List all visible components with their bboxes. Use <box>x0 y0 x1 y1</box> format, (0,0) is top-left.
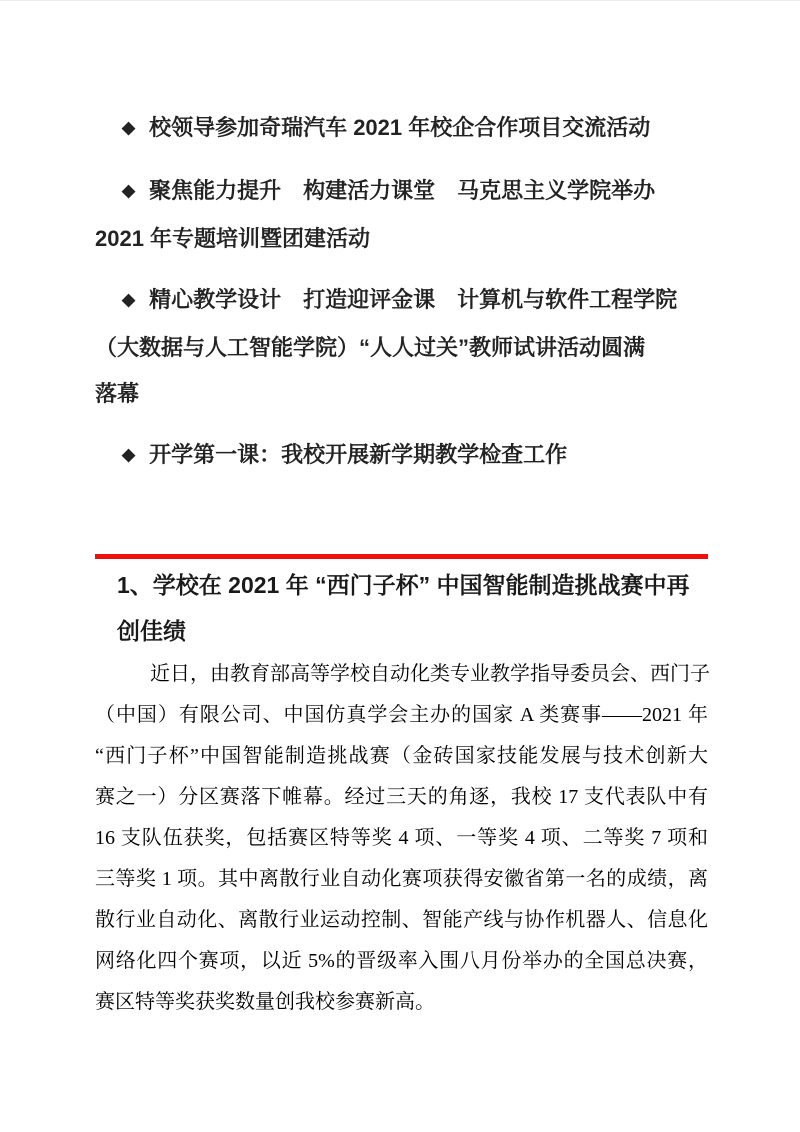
bullet-line: ◆开学第一课：我校开展新学期教学检查工作 <box>95 432 708 480</box>
document-page: ◆校领导参加奇瑞汽车 2021 年校企合作项目交流活动 ◆聚焦能力提升 构建活力… <box>0 1 800 1132</box>
bullet-text: 开学第一课：我校开展新学期教学检查工作 <box>149 442 567 467</box>
heading-line: 1、学校在 2021 年 “西门子杯” 中国智能制造挑战赛中再 <box>117 562 708 608</box>
bullet-line: ◆校领导参加奇瑞汽车 2021 年校企合作项目交流活动 <box>95 105 708 153</box>
paragraph-line: 散行业自动化、离散行业运动控制、智能产线与协作机器人、信息化 <box>95 900 708 941</box>
diamond-bullet-icon: ◆ <box>122 432 135 478</box>
diamond-bullet-icon: ◆ <box>122 105 135 151</box>
paragraph-line: 16 支队伍获奖，包括赛区特等奖 4 项、一等奖 4 项、二等奖 7 项和 <box>95 818 708 859</box>
paragraph-line: 近日，由教育部高等学校自动化类专业教学指导委员会、西门子 <box>95 654 708 695</box>
section-divider-line <box>95 554 708 559</box>
bullet-line: 2021 年专题培训暨团建活动 <box>95 216 708 262</box>
heading-line: 创佳绩 <box>117 608 708 654</box>
bullet-item: ◆校领导参加奇瑞汽车 2021 年校企合作项目交流活动 <box>95 105 708 153</box>
paragraph-line: 赛之一）分区赛落下帷幕。经过三天的角逐，我校 17 支代表队中有 <box>95 777 708 818</box>
body-paragraph: 近日，由教育部高等学校自动化类专业教学指导委员会、西门子 （中国）有限公司、中国… <box>95 654 708 1023</box>
bullet-text: 精心教学设计 打造迎评金课 计算机与软件工程学院 <box>149 287 677 312</box>
paragraph-line: 赛区特等奖获奖数量创我校参赛新高。 <box>95 982 708 1023</box>
bullet-list: ◆校领导参加奇瑞汽车 2021 年校企合作项目交流活动 ◆聚焦能力提升 构建活力… <box>95 105 708 480</box>
bullet-line: ◆聚焦能力提升 构建活力课堂 马克思主义学院举办 <box>95 168 708 216</box>
bullet-line: （大数据与人工智能学院）“人人过关”教师试讲活动圆满 <box>95 325 708 371</box>
paragraph-line: 三等奖 1 项。其中离散行业自动化赛项获得安徽省第一名的成绩，离 <box>95 859 708 900</box>
bullet-text: 校领导参加奇瑞汽车 2021 年校企合作项目交流活动 <box>149 115 650 140</box>
bullet-item: ◆精心教学设计 打造迎评金课 计算机与软件工程学院 （大数据与人工智能学院）“人… <box>95 277 708 417</box>
bullet-item: ◆聚焦能力提升 构建活力课堂 马克思主义学院举办 2021 年专题培训暨团建活动 <box>95 168 708 262</box>
diamond-bullet-icon: ◆ <box>122 277 135 323</box>
paragraph-line: 网络化四个赛项，以近 5%的晋级率入围八月份举办的全国总决赛， <box>95 941 708 982</box>
paragraph-line: “西门子杯”中国智能制造挑战赛（金砖国家技能发展与技术创新大 <box>95 736 708 777</box>
bullet-line: 落幕 <box>95 371 708 417</box>
section-heading: 1、学校在 2021 年 “西门子杯” 中国智能制造挑战赛中再 创佳绩 <box>95 562 708 654</box>
bullet-line: ◆精心教学设计 打造迎评金课 计算机与软件工程学院 <box>95 277 708 325</box>
paragraph-line: （中国）有限公司、中国仿真学会主办的国家 A 类赛事——2021 年 <box>95 695 708 736</box>
diamond-bullet-icon: ◆ <box>122 168 135 214</box>
bullet-item: ◆开学第一课：我校开展新学期教学检查工作 <box>95 432 708 480</box>
bullet-text: 聚焦能力提升 构建活力课堂 马克思主义学院举办 <box>149 178 655 203</box>
